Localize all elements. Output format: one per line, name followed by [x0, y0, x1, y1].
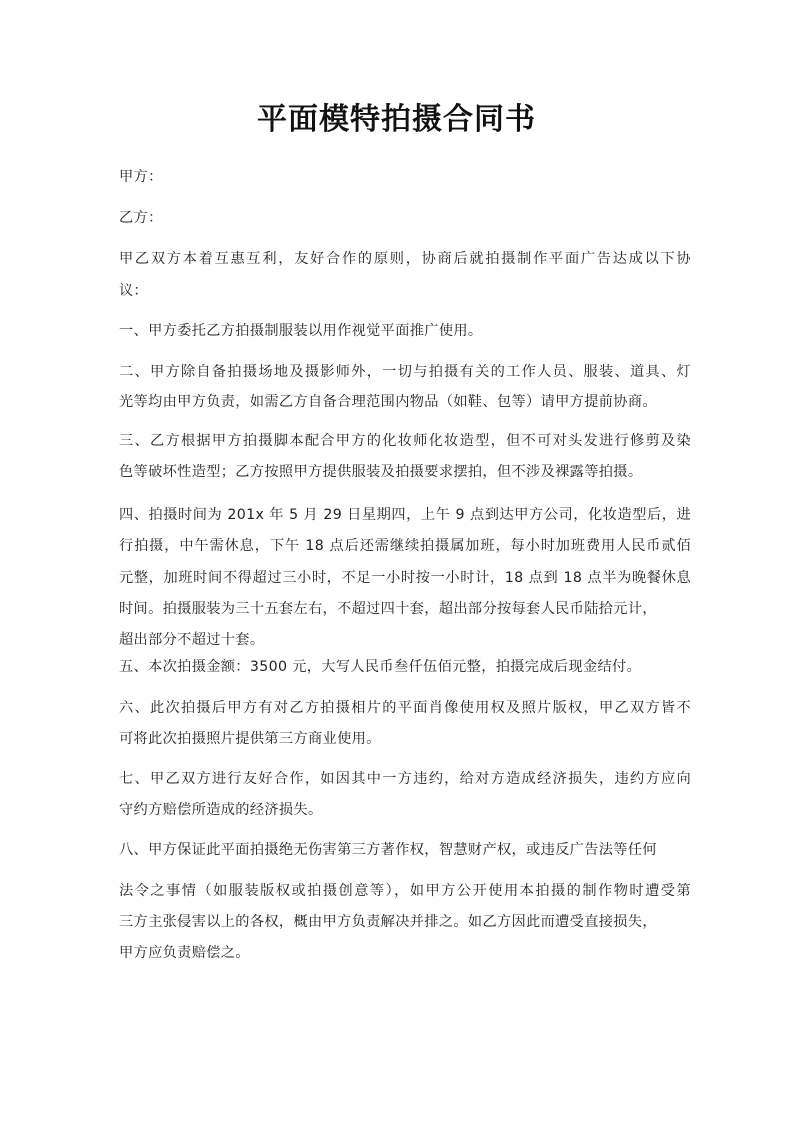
- clause-line: 可将此次拍摄照片提供第三方商业使用。: [119, 729, 691, 749]
- document-page: 平面模特拍摄合同书 甲方： 乙方： 甲乙双方本着互惠互利，友好合作的原则，协商后…: [0, 0, 793, 1122]
- clause-line: 时间。拍摄服装为三十五套左右，不超过四十套，超出部分按每套人民币陆拾元计，: [119, 599, 691, 619]
- party-b-label: 乙方：: [119, 208, 691, 228]
- clause-line: 甲方应负责赔偿之。: [119, 943, 691, 963]
- intro-line: 议：: [119, 281, 691, 301]
- clause-line: 三、乙方根据甲方拍摄脚本配合甲方的化妆师化妆造型，但不可对头发进行修剪及染: [119, 431, 691, 451]
- clause-line: 法令之事情（如服装版权或拍摄创意等），如甲方公开使用本拍摄的制作物时遭受第: [119, 881, 691, 901]
- clause-line: 二、甲方除自备拍摄场地及摄影师外，一切与拍摄有关的工作人员、服装、道具、灯: [119, 362, 691, 382]
- intro-line: 甲乙双方本着互惠互利，友好合作的原则，协商后就拍摄制作平面广告达成以下协: [119, 249, 691, 269]
- clause-line: 守约方赔偿所造成的经济损失。: [119, 800, 691, 820]
- clause-line: 光等均由甲方负责，如需乙方自备合理范围内物品（如鞋、包等）请甲方提前协商。: [119, 392, 691, 412]
- document-title: 平面模特拍摄合同书: [0, 94, 793, 138]
- clause-line: 八、甲方保证此平面拍摄绝无伤害第三方著作权，智慧财产权，或违反广告法等任何: [119, 840, 691, 860]
- clause-line: 四、拍摄时间为 201x 年 5 月 29 日星期四，上午 9 点到达甲方公司，…: [119, 505, 691, 525]
- clause-line: 六、此次拍摄后甲方有对乙方拍摄相片的平面肖像使用权及照片版权，甲乙双方皆不: [119, 698, 691, 718]
- clause-line: 元整，加班时间不得超过三小时，不足一小时按一小时计，18 点到 18 点半为晚餐…: [119, 568, 691, 588]
- clause-line: 行拍摄，中午需休息，下午 18 点后还需继续拍摄属加班，每小时加班费用人民币贰佰: [119, 536, 691, 556]
- party-a-label: 甲方：: [119, 167, 691, 187]
- clause-line: 色等破坏性造型；乙方按照甲方提供服装及拍摄要求摆拍，但不涉及裸露等拍摄。: [119, 462, 691, 482]
- clause-line: 三方主张侵害以上的各权，概由甲方负责解决并排之。如乙方因此而遭受直接损失，: [119, 912, 691, 932]
- clause-line: 一、甲方委托乙方拍摄制服装以用作视觉平面推广使用。: [119, 321, 691, 341]
- clause-line: 五、本次拍摄金额：3500 元，大写人民币叁仟伍佰元整，拍摄完成后现金结付。: [119, 657, 691, 677]
- clause-line: 超出部分不超过十套。: [119, 630, 691, 650]
- clause-line: 七、甲乙双方进行友好合作，如因其中一方违约，给对方造成经济损失，违约方应向: [119, 769, 691, 789]
